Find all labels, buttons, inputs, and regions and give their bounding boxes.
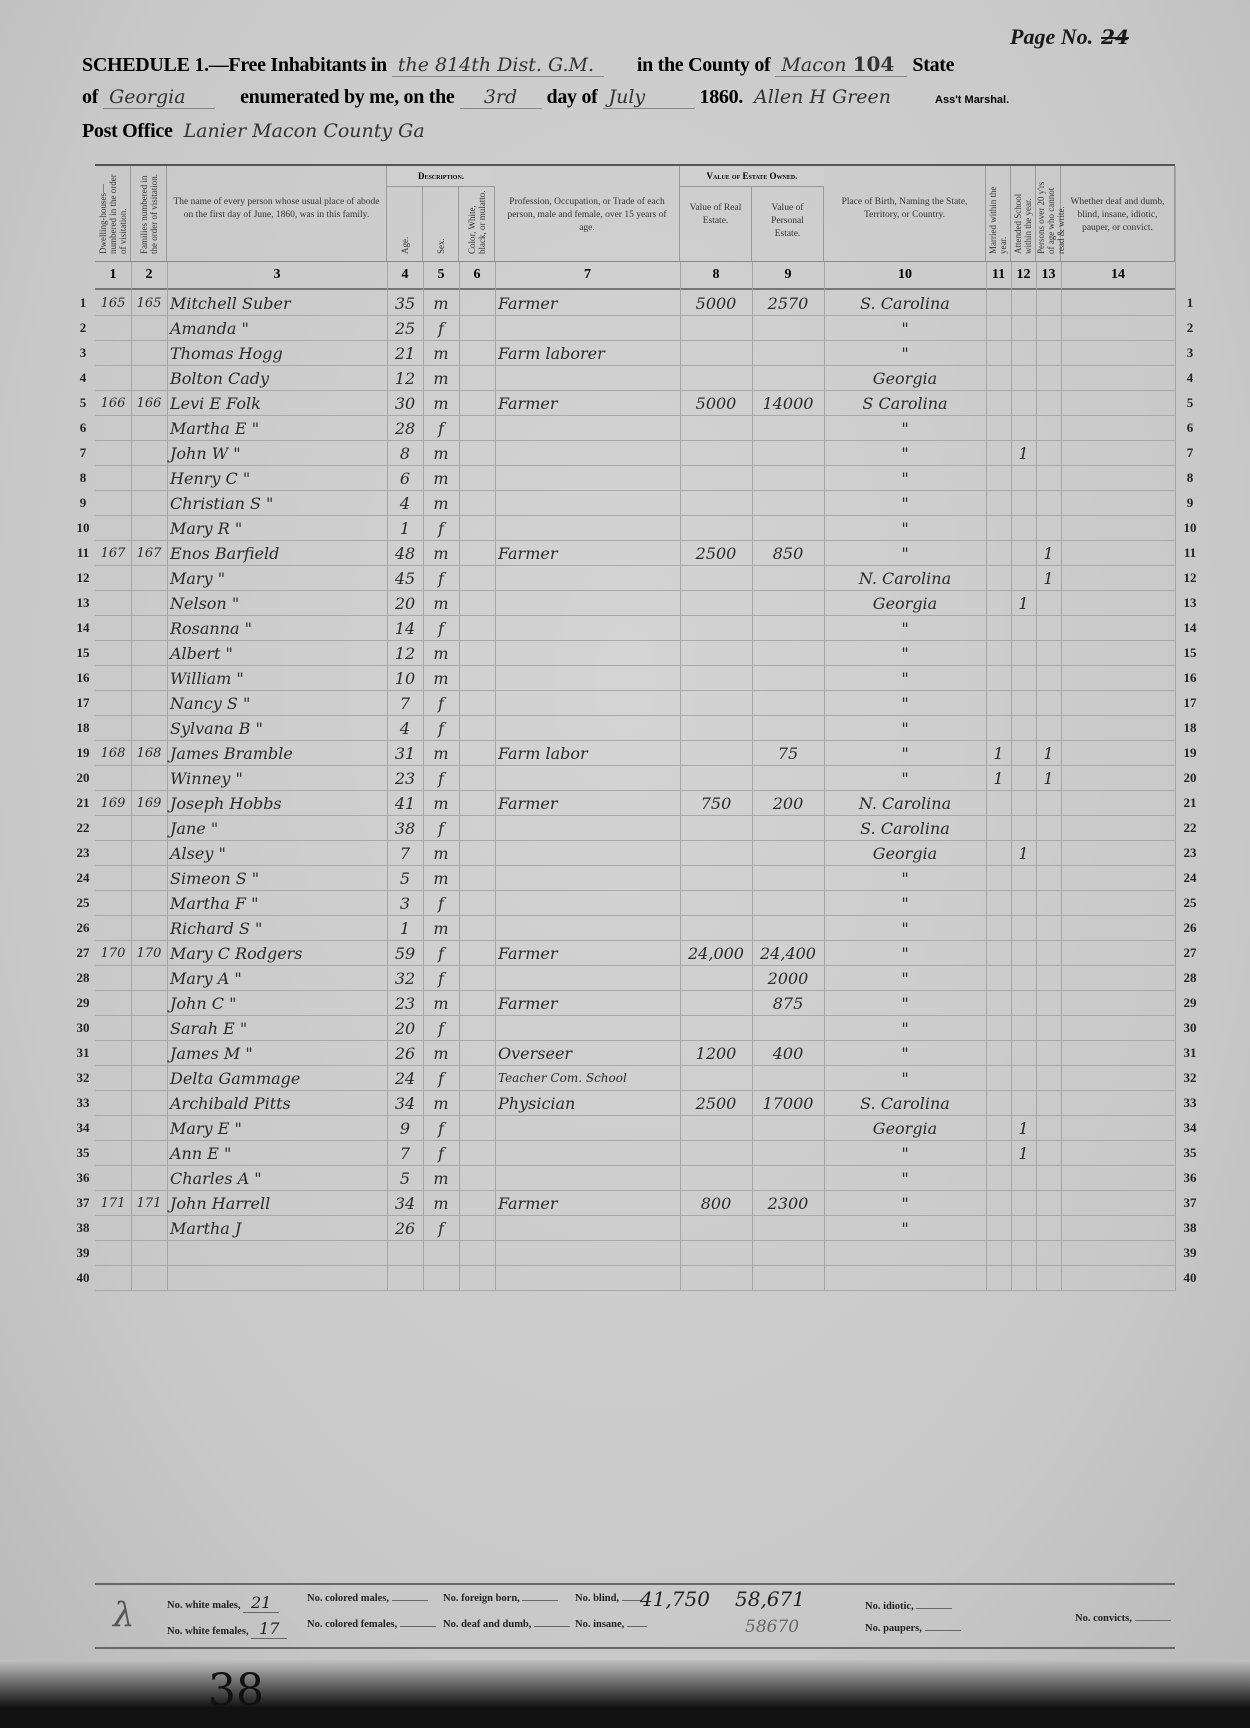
married-mark xyxy=(989,1091,1008,1116)
personal-estate-value: 400 xyxy=(755,1041,821,1066)
sex: f xyxy=(426,1016,456,1041)
family-number xyxy=(134,1241,164,1266)
line-number-right: 33 xyxy=(1175,1095,1205,1111)
birthplace: " xyxy=(827,441,983,466)
personal-estate-value xyxy=(755,616,821,641)
sex: m xyxy=(426,341,456,366)
occupation xyxy=(498,616,677,641)
age: 9 xyxy=(390,1116,420,1141)
real-estate-value xyxy=(683,1116,749,1141)
occupation xyxy=(498,491,677,516)
column-number-1: 1 xyxy=(95,262,131,287)
family-number xyxy=(134,1216,164,1241)
sex: m xyxy=(426,841,456,866)
real-estate-value xyxy=(683,641,749,666)
occupation xyxy=(498,1116,677,1141)
real-estate-value xyxy=(683,1066,749,1091)
personal-estate-value xyxy=(755,441,821,466)
line-number-left: 26 xyxy=(72,920,94,936)
age: 26 xyxy=(390,1216,420,1241)
dwelling-number xyxy=(98,1266,128,1291)
family-number: 167 xyxy=(134,541,164,566)
personal-estate-value: 200 xyxy=(755,791,821,816)
illiterate-mark xyxy=(1039,291,1058,316)
married-mark xyxy=(989,516,1008,541)
birthplace: " xyxy=(827,741,983,766)
birthplace: " xyxy=(827,891,983,916)
real-estate-value xyxy=(683,716,749,741)
line-number-right: 7 xyxy=(1175,445,1205,461)
line-number-left: 35 xyxy=(72,1145,94,1161)
occupation xyxy=(498,316,677,341)
line-number-right: 13 xyxy=(1175,595,1205,611)
line-number-left: 34 xyxy=(72,1120,94,1136)
line-number-left: 20 xyxy=(72,770,94,786)
real-estate-value xyxy=(683,891,749,916)
birthplace: S Carolina xyxy=(827,391,983,416)
birthplace: " xyxy=(827,1216,983,1241)
dwelling-number xyxy=(98,1141,128,1166)
line-number-right: 5 xyxy=(1175,395,1205,411)
school-mark xyxy=(1014,741,1033,766)
illiterate-mark: 1 xyxy=(1039,566,1058,591)
birthplace: " xyxy=(827,491,983,516)
sex: m xyxy=(426,591,456,616)
married-mark xyxy=(989,841,1008,866)
line-number-right: 3 xyxy=(1175,345,1205,361)
illiterate-mark xyxy=(1039,866,1058,891)
occupation xyxy=(498,841,677,866)
column-number-5: 5 xyxy=(423,262,459,287)
column-header-14: Whether deaf and dumb, blind, insane, id… xyxy=(1061,166,1175,261)
real-estate-value xyxy=(683,841,749,866)
line-number-right: 16 xyxy=(1175,670,1205,686)
school-mark xyxy=(1014,316,1033,341)
occupation: Farm labor xyxy=(498,741,677,766)
line-number-right: 2 xyxy=(1175,320,1205,336)
school-mark xyxy=(1014,941,1033,966)
age: 10 xyxy=(390,666,420,691)
occupation xyxy=(498,1266,677,1291)
table-row: Nancy S "7f" xyxy=(95,691,1175,716)
age: 7 xyxy=(390,1141,420,1166)
line-number-right: 19 xyxy=(1175,745,1205,761)
table-row: Mary E "9fGeorgia1 xyxy=(95,1116,1175,1141)
sex: m xyxy=(426,641,456,666)
age: 4 xyxy=(390,491,420,516)
family-number: 170 xyxy=(134,941,164,966)
line-number-left: 31 xyxy=(72,1045,94,1061)
sex: f xyxy=(426,966,456,991)
occupation xyxy=(498,366,677,391)
married-mark xyxy=(989,991,1008,1016)
table-row: Martha F "3f" xyxy=(95,891,1175,916)
occupation: Physician xyxy=(498,1091,677,1116)
marshal-name: Allen H Green xyxy=(748,86,930,108)
occupation xyxy=(498,866,677,891)
line-number-right: 31 xyxy=(1175,1045,1205,1061)
sex: m xyxy=(426,866,456,891)
column-header-13: Persons over 20 y'rs of age who cannot r… xyxy=(1036,166,1061,261)
sex: m xyxy=(426,366,456,391)
married-mark xyxy=(989,666,1008,691)
dwelling-number xyxy=(98,691,128,716)
sex: f xyxy=(426,316,456,341)
dwelling-number: 168 xyxy=(98,741,128,766)
real-estate-value xyxy=(683,1266,749,1291)
personal-estate-total-alt: 58670 xyxy=(745,1617,799,1637)
line-number-right: 34 xyxy=(1175,1120,1205,1136)
birthplace: " xyxy=(827,1016,983,1041)
dwelling-number: 171 xyxy=(98,1191,128,1216)
convicts: No. convicts, xyxy=(1075,1613,1171,1624)
sex: m xyxy=(426,391,456,416)
line-number-right: 26 xyxy=(1175,920,1205,936)
personal-estate-value xyxy=(755,716,821,741)
person-name: Winney " xyxy=(170,766,384,791)
sex: m xyxy=(426,466,456,491)
personal-estate-value xyxy=(755,316,821,341)
personal-estate-value xyxy=(755,566,821,591)
personal-estate-value xyxy=(755,1016,821,1041)
line-number-right: 11 xyxy=(1175,545,1205,561)
line-number-left: 27 xyxy=(72,945,94,961)
person-name: James Bramble xyxy=(170,741,384,766)
line-number-left: 5 xyxy=(72,395,94,411)
line-number-left: 38 xyxy=(72,1220,94,1236)
married-mark: 1 xyxy=(989,741,1008,766)
person-name: Enos Barfield xyxy=(170,541,384,566)
line-number-right: 15 xyxy=(1175,645,1205,661)
person-name: Simeon S " xyxy=(170,866,384,891)
birthplace: Georgia xyxy=(827,366,983,391)
table-row: 167167Enos Barfield48mFarmer2500850"1 xyxy=(95,541,1175,566)
column-number-8: 8 xyxy=(680,262,752,287)
married-mark xyxy=(989,491,1008,516)
table-row: John W "8m"1 xyxy=(95,441,1175,466)
personal-estate-value xyxy=(755,1216,821,1241)
occupation xyxy=(498,1166,677,1191)
personal-estate-value xyxy=(755,691,821,716)
real-estate-value xyxy=(683,1241,749,1266)
occupation xyxy=(498,716,677,741)
line-number-left: 22 xyxy=(72,820,94,836)
person-name: Mary R " xyxy=(170,516,384,541)
personal-estate-value xyxy=(755,341,821,366)
school-mark xyxy=(1014,641,1033,666)
married-mark xyxy=(989,1141,1008,1166)
foreign-born: No. foreign born, xyxy=(443,1593,558,1604)
family-number xyxy=(134,591,164,616)
age: 35 xyxy=(390,291,420,316)
person-name: Richard S " xyxy=(170,916,384,941)
person-name: Mary A " xyxy=(170,966,384,991)
table-row xyxy=(95,1266,1175,1291)
married-mark xyxy=(989,391,1008,416)
school-mark xyxy=(1014,666,1033,691)
county-stamp: 104 xyxy=(853,52,895,76)
school-mark xyxy=(1014,1016,1033,1041)
school-mark xyxy=(1014,816,1033,841)
occupation xyxy=(498,1216,677,1241)
occupation xyxy=(498,916,677,941)
margin-mark: λ xyxy=(113,1595,135,1635)
occupation xyxy=(498,416,677,441)
age: 28 xyxy=(390,416,420,441)
illiterate-mark xyxy=(1039,641,1058,666)
sex xyxy=(426,1266,456,1291)
real-estate-value: 24,000 xyxy=(683,941,749,966)
age: 4 xyxy=(390,716,420,741)
table-row: Winney "23f"11 xyxy=(95,766,1175,791)
school-mark xyxy=(1014,791,1033,816)
sex: f xyxy=(426,816,456,841)
dwelling-number xyxy=(98,1016,128,1041)
illiterate-mark xyxy=(1039,316,1058,341)
illiterate-mark: 1 xyxy=(1039,741,1058,766)
illiterate-mark xyxy=(1039,1266,1058,1291)
sex: m xyxy=(426,916,456,941)
table-row: 168168James Bramble31mFarm labor75"11 xyxy=(95,741,1175,766)
line-number-left: 29 xyxy=(72,995,94,1011)
table-row: 171171John Harrell34mFarmer8002300" xyxy=(95,1191,1175,1216)
line-number-left: 15 xyxy=(72,645,94,661)
illiterate-mark xyxy=(1039,1041,1058,1066)
sex: f xyxy=(426,566,456,591)
real-estate-value: 800 xyxy=(683,1191,749,1216)
illiterate-mark xyxy=(1039,1116,1058,1141)
personal-estate-value xyxy=(755,366,821,391)
table-row: James M "26mOverseer1200400" xyxy=(95,1041,1175,1066)
line-number-left: 36 xyxy=(72,1170,94,1186)
birthplace: " xyxy=(827,466,983,491)
sex: m xyxy=(426,1191,456,1216)
table-row: Archibald Pitts34mPhysician250017000S. C… xyxy=(95,1091,1175,1116)
column-number-4: 4 xyxy=(387,262,423,287)
dwelling-number xyxy=(98,366,128,391)
sex: f xyxy=(426,766,456,791)
table-row: Delta Gammage24fTeacher Com. School" xyxy=(95,1066,1175,1091)
line-number-left: 13 xyxy=(72,595,94,611)
person-name: Mitchell Suber xyxy=(170,291,384,316)
age: 23 xyxy=(390,766,420,791)
blind: No. blind, xyxy=(575,1593,642,1604)
dwelling-number xyxy=(98,616,128,641)
dwelling-number: 169 xyxy=(98,791,128,816)
table-row: Christian S "4m" xyxy=(95,491,1175,516)
table-row: 166166Levi E Folk30mFarmer500014000S Car… xyxy=(95,391,1175,416)
birthplace: " xyxy=(827,641,983,666)
school-mark xyxy=(1014,566,1033,591)
sex: f xyxy=(426,1141,456,1166)
dwelling-number xyxy=(98,1066,128,1091)
age: 32 xyxy=(390,966,420,991)
family-number xyxy=(134,866,164,891)
sex: f xyxy=(426,616,456,641)
illiterate-mark xyxy=(1039,366,1058,391)
line-number-left: 3 xyxy=(72,345,94,361)
occupation xyxy=(498,566,677,591)
illiterate-mark xyxy=(1039,716,1058,741)
real-estate-value: 2500 xyxy=(683,541,749,566)
age: 14 xyxy=(390,616,420,641)
birthplace: " xyxy=(827,941,983,966)
personal-estate-value xyxy=(755,1141,821,1166)
person-name: Henry C " xyxy=(170,466,384,491)
school-mark xyxy=(1014,341,1033,366)
dwelling-number xyxy=(98,1091,128,1116)
birthplace: S. Carolina xyxy=(827,816,983,841)
age: 7 xyxy=(390,841,420,866)
occupation: Farmer xyxy=(498,291,677,316)
dwelling-number: 165 xyxy=(98,291,128,316)
illiterate-mark xyxy=(1039,1191,1058,1216)
line-number-right: 18 xyxy=(1175,720,1205,736)
age: 7 xyxy=(390,691,420,716)
school-mark xyxy=(1014,1066,1033,1091)
line-number-right: 25 xyxy=(1175,895,1205,911)
sex: m xyxy=(426,791,456,816)
occupation: Overseer xyxy=(498,1041,677,1066)
line-number-left: 18 xyxy=(72,720,94,736)
illiterate-mark xyxy=(1039,1066,1058,1091)
person-name: Mary E " xyxy=(170,1116,384,1141)
sex: f xyxy=(426,416,456,441)
family-number xyxy=(134,1016,164,1041)
real-estate-value xyxy=(683,591,749,616)
school-mark xyxy=(1014,1266,1033,1291)
personal-estate-value: 875 xyxy=(755,991,821,1016)
illiterate-mark xyxy=(1039,441,1058,466)
personal-estate-value xyxy=(755,591,821,616)
real-estate-value xyxy=(683,741,749,766)
line-number-left: 12 xyxy=(72,570,94,586)
column-header-10: Place of Birth, Naming the State, Territ… xyxy=(824,166,986,261)
line-number-left: 4 xyxy=(72,370,94,386)
line-number-left: 25 xyxy=(72,895,94,911)
real-estate-value xyxy=(683,966,749,991)
school-mark xyxy=(1014,1041,1033,1066)
line-number-left: 28 xyxy=(72,970,94,986)
family-number xyxy=(134,416,164,441)
age: 5 xyxy=(390,1166,420,1191)
illiterate-mark xyxy=(1039,616,1058,641)
person-name: Thomas Hogg xyxy=(170,341,384,366)
school-mark xyxy=(1014,1191,1033,1216)
dwelling-number xyxy=(98,566,128,591)
person-name: Martha J xyxy=(170,1216,384,1241)
person-name xyxy=(170,1241,384,1266)
illiterate-mark xyxy=(1039,1166,1058,1191)
column-number-14: 14 xyxy=(1061,262,1175,287)
illiterate-mark xyxy=(1039,966,1058,991)
married-mark xyxy=(989,916,1008,941)
column-header-11: Married within the year. xyxy=(986,166,1011,261)
table-row: Sylvana B "4f" xyxy=(95,716,1175,741)
line-number-left: 7 xyxy=(72,445,94,461)
married-mark xyxy=(989,1041,1008,1066)
column-number-12: 12 xyxy=(1011,262,1036,287)
real-estate-value xyxy=(683,516,749,541)
person-name: James M " xyxy=(170,1041,384,1066)
sex: f xyxy=(426,1216,456,1241)
person-name: Martha F " xyxy=(170,891,384,916)
dwelling-number xyxy=(98,591,128,616)
table-row: 170170Mary C Rodgers59fFarmer24,00024,40… xyxy=(95,941,1175,966)
family-number xyxy=(134,966,164,991)
line-number-right: 1 xyxy=(1175,295,1205,311)
scan-edge xyxy=(0,1660,1250,1728)
illiterate-mark xyxy=(1039,916,1058,941)
school-mark xyxy=(1014,366,1033,391)
line-number-left: 16 xyxy=(72,670,94,686)
school-mark xyxy=(1014,616,1033,641)
occupation: Farmer xyxy=(498,391,677,416)
occupation xyxy=(498,641,677,666)
birthplace: " xyxy=(827,341,983,366)
family-number xyxy=(134,991,164,1016)
illiterate-mark xyxy=(1039,891,1058,916)
person-name: Delta Gammage xyxy=(170,1066,384,1091)
birthplace: " xyxy=(827,541,983,566)
person-name: Martha E " xyxy=(170,416,384,441)
line-number-left: 1 xyxy=(72,295,94,311)
illiterate-mark xyxy=(1039,816,1058,841)
dwelling-number xyxy=(98,316,128,341)
married-mark xyxy=(989,316,1008,341)
line-number-right: 38 xyxy=(1175,1220,1205,1236)
line-number-right: 10 xyxy=(1175,520,1205,536)
column-number-6: 6 xyxy=(459,262,495,287)
married-mark xyxy=(989,566,1008,591)
illiterate-mark xyxy=(1039,941,1058,966)
table-row: Richard S "1m" xyxy=(95,916,1175,941)
real-estate-value xyxy=(683,1166,749,1191)
line-number-right: 8 xyxy=(1175,470,1205,486)
school-mark xyxy=(1014,1166,1033,1191)
dwelling-number xyxy=(98,441,128,466)
married-mark xyxy=(989,716,1008,741)
line-number-left: 14 xyxy=(72,620,94,636)
person-name: Christian S " xyxy=(170,491,384,516)
illiterate-mark xyxy=(1039,591,1058,616)
family-number: 166 xyxy=(134,391,164,416)
grand-total: 38 xyxy=(208,1665,264,1716)
illiterate-mark xyxy=(1039,1141,1058,1166)
real-estate-value xyxy=(683,566,749,591)
dwelling-number xyxy=(98,666,128,691)
age xyxy=(390,1266,420,1291)
column-header-12: Attended School within the year. xyxy=(1011,166,1036,261)
line-number-right: 6 xyxy=(1175,420,1205,436)
age: 26 xyxy=(390,1041,420,1066)
illiterate-mark xyxy=(1039,1241,1058,1266)
occupation xyxy=(498,666,677,691)
age: 59 xyxy=(390,941,420,966)
table-row: Bolton Cady12mGeorgia xyxy=(95,366,1175,391)
line-number-right: 21 xyxy=(1175,795,1205,811)
birthplace: Georgia xyxy=(827,1116,983,1141)
birthplace: " xyxy=(827,991,983,1016)
family-number xyxy=(134,316,164,341)
dwelling-number xyxy=(98,966,128,991)
line-number-right: 29 xyxy=(1175,995,1205,1011)
personal-estate-value xyxy=(755,816,821,841)
family-number xyxy=(134,1166,164,1191)
personal-estate-value xyxy=(755,641,821,666)
sex: f xyxy=(426,516,456,541)
occupation xyxy=(498,891,677,916)
